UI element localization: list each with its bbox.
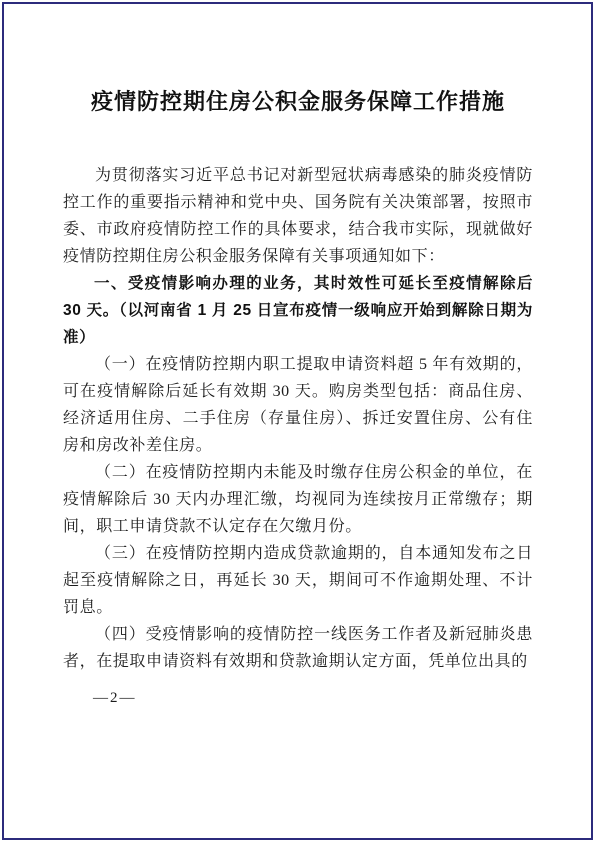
paragraph-item-4: （四）受疫情影响的疫情防控一线医务工作者及新冠肺炎患者，在提取申请资料有效期和贷… bbox=[63, 621, 533, 675]
paragraph-item-2: （二）在疫情防控期内未能及时缴存住房公积金的单位，在疫情解除后 30 天内办理汇… bbox=[63, 459, 533, 540]
paragraph-intro: 为贯彻落实习近平总书记对新型冠状病毒感染的肺炎疫情防控工作的重要指示精神和党中央… bbox=[63, 162, 533, 270]
document-title: 疫情防控期住房公积金服务保障工作措施 bbox=[63, 86, 533, 118]
document-content: 疫情防控期住房公积金服务保障工作措施 为贯彻落实习近平总书记对新型冠状病毒感染的… bbox=[63, 86, 533, 707]
paragraph-section-1-heading: 一、受疫情影响办理的业务，其时效性可延长至疫情解除后 30 天。（以河南省 1 … bbox=[63, 270, 533, 351]
paragraph-item-1: （一）在疫情防控期内职工提取申请资料超 5 年有效期的，可在疫情解除后延长有效期… bbox=[63, 351, 533, 459]
document-page: 疫情防控期住房公积金服务保障工作措施 为贯彻落实习近平总书记对新型冠状病毒感染的… bbox=[0, 0, 595, 842]
paragraph-item-3: （三）在疫情防控期内造成贷款逾期的，自本通知发布之日起至疫情解除之日，再延长 3… bbox=[63, 540, 533, 621]
document-body: 为贯彻落实习近平总书记对新型冠状病毒感染的肺炎疫情防控工作的重要指示精神和党中央… bbox=[63, 162, 533, 675]
page-number: —2— bbox=[63, 690, 533, 707]
